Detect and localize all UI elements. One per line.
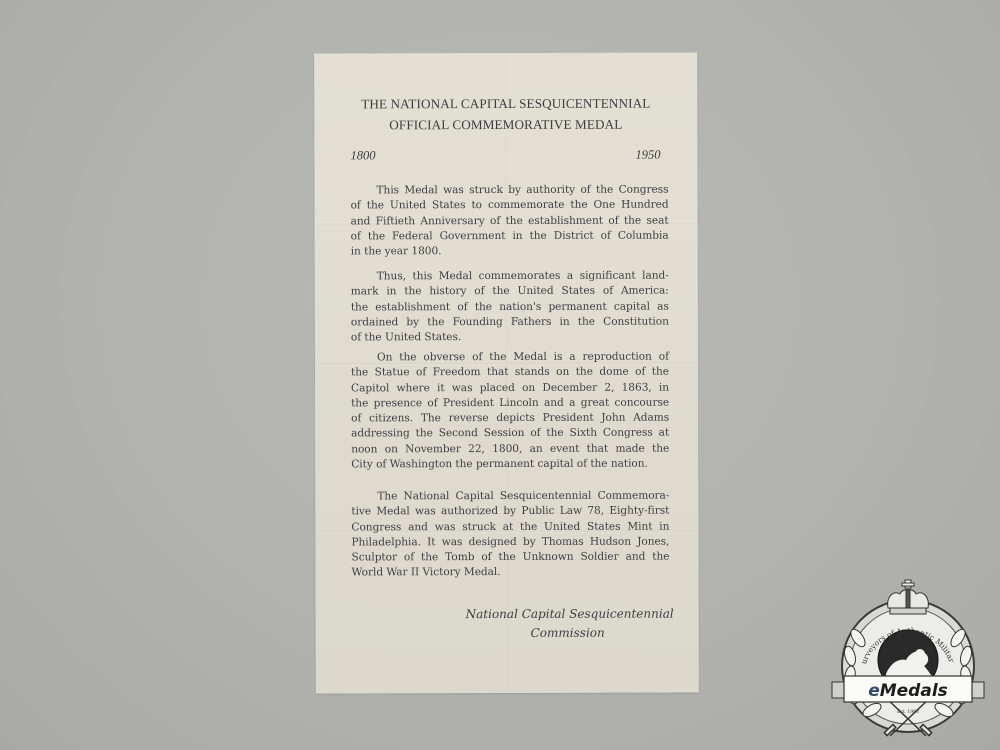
paragraph-line: addressing the Second Session of the Six…: [351, 426, 669, 442]
paragraph-line: Thus, this Medal commemorates a signific…: [351, 269, 669, 285]
paragraph-line: This Medal was struck by authority of th…: [351, 183, 669, 199]
paragraph-line: Philadelphia. It was designed by Thomas …: [351, 534, 669, 550]
commemorative-medal-leaflet: THE NATIONAL CAPITAL SESQUICENTENNIAL OF…: [314, 52, 699, 693]
paragraph-line: Congress and was struck at the United St…: [351, 519, 669, 535]
paragraph-line: Sculptor of the Tomb of the Unknown Sold…: [351, 550, 669, 566]
paragraph-line: The National Capital Sesquicentennial Co…: [351, 489, 669, 505]
paragraph-line: of the United States to commemorate the …: [351, 198, 669, 214]
signature-line-1: National Capital Sesquicentennial: [466, 605, 666, 625]
document-title-line-1: THE NATIONAL CAPITAL SESQUICENTENNIAL: [314, 95, 697, 112]
paragraph-significance: Thus, this Medal commemorates a signific…: [351, 269, 669, 346]
paragraph-line: the presence of President Lincoln and a …: [351, 395, 669, 411]
signature-block: National Capital Sesquicentennial Commis…: [466, 605, 666, 644]
brand-name: eMedals: [868, 681, 948, 701]
emedals-watermark-logo: Purveyors of Authentic Militaria eMedals…: [828, 578, 988, 743]
paragraph-line: Capitol where it was placed on December …: [351, 380, 669, 396]
year-start: 1800: [350, 148, 375, 163]
paragraph-line: tive Medal was authorized by Public Law …: [351, 504, 669, 520]
established-text: Est. 1983: [897, 709, 919, 715]
paragraph-line: ordained by the Founding Fathers in the …: [351, 314, 669, 330]
year-end: 1950: [635, 148, 660, 163]
paragraph-line: of citizens. The reverse depicts Preside…: [351, 411, 669, 427]
paragraph-line: On the obverse of the Medal is a reprodu…: [351, 350, 669, 366]
paragraph-line: mark in the history of the United States…: [351, 284, 669, 300]
paragraph-line: and Fiftieth Anniversary of the establis…: [351, 213, 669, 229]
paragraph-authority: This Medal was struck by authority of th…: [351, 183, 669, 260]
crown-icon: [888, 580, 929, 614]
paragraph-line: of the United States.: [351, 330, 669, 346]
paragraph-line: the Statue of Freedom that stands on the…: [351, 365, 669, 381]
paragraph-line: City of Washington the permanent capital…: [351, 457, 669, 473]
paragraph-line: in the year 1800.: [351, 244, 669, 260]
paragraph-line: World War II Victory Medal.: [352, 565, 670, 581]
paragraph-line: noon on November 22, 1800, an event that…: [351, 441, 669, 457]
paragraph-medal-design: On the obverse of the Medal is a reprodu…: [351, 350, 669, 473]
signature-line-2: Commission: [470, 624, 666, 644]
paragraph-line: the establishment of the nation's perman…: [351, 299, 669, 315]
document-title-line-2: OFFICIAL COMMEMORATIVE MEDAL: [314, 116, 697, 133]
paragraph-line: of the Federal Government in the Distric…: [351, 228, 669, 244]
paragraph-authorization: The National Capital Sesquicentennial Co…: [351, 489, 669, 582]
